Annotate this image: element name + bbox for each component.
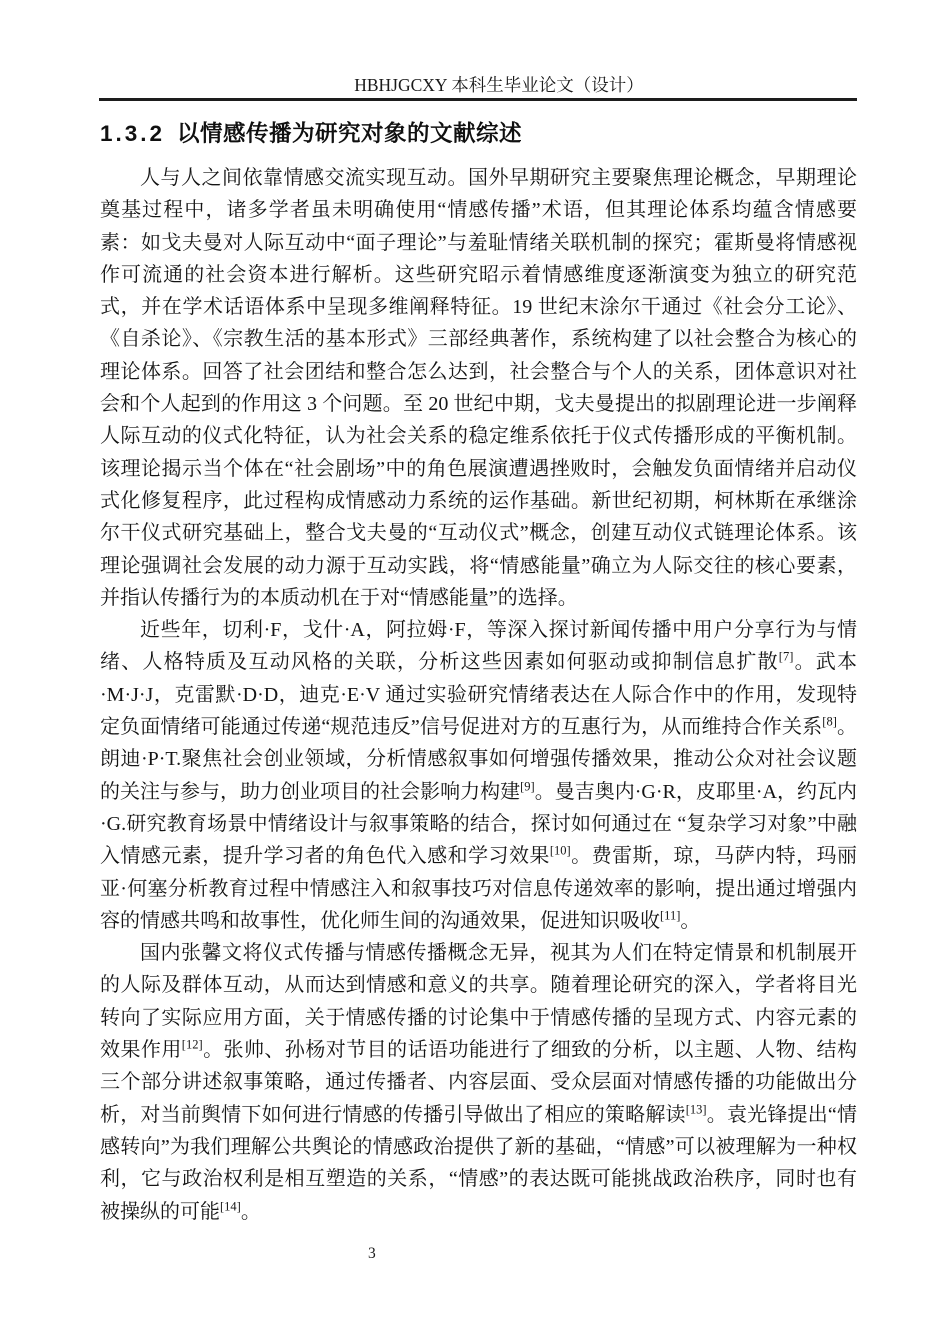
paragraph: 近些年，切利·F，戈什·A，阿拉姆·F，等深入探讨新闻传播中用户分享行为与情绪、… [100,614,857,937]
citation-ref: [9] [520,779,535,793]
section-heading: 1.3.2以情感传播为研究对象的文献综述 [100,116,522,148]
text-run: 。 [241,1201,261,1223]
page-footer: 3 [368,1245,376,1263]
section-title: 以情感传播为研究对象的文献综述 [177,121,522,146]
citation-ref: [7] [779,650,794,664]
paragraph: 人与人之间依靠情感交流实现互动。国外早期研究主要聚焦理论概念，早期理论奠基过程中… [100,162,857,614]
citation-ref: [14] [220,1199,241,1213]
citation-ref: [13] [686,1102,707,1116]
text-run: 。 [680,910,700,932]
section-number: 1.3.2 [100,121,165,146]
header-running-title: HBHJGCXY 本科生毕业论文（设计） [354,75,644,95]
paragraph: 国内张馨文将仪式传播与情感传播概念无异，视其为人们在特定情景和机制展开的人际及群… [100,937,857,1228]
page-header: HBHJGCXY 本科生毕业论文（设计） [0,72,950,97]
citation-ref: [12] [182,1037,203,1051]
header-divider [99,98,857,101]
citation-ref: [8] [822,714,837,728]
text-run: 人与人之间依靠情感交流实现互动。国外早期研究主要聚焦理论概念，早期理论奠基过程中… [100,167,857,609]
citation-ref: [10] [550,844,571,858]
citation-ref: [11] [660,908,680,922]
page-number: 3 [368,1245,376,1262]
document-body: 人与人之间依靠情感交流实现互动。国外早期研究主要聚焦理论概念，早期理论奠基过程中… [100,162,857,1228]
text-run: 近些年，切利·F，戈什·A，阿拉姆·F，等深入探讨新闻传播中用户分享行为与情绪、… [100,619,857,673]
document-page: HBHJGCXY 本科生毕业论文（设计） 1.3.2以情感传播为研究对象的文献综… [0,0,950,1344]
